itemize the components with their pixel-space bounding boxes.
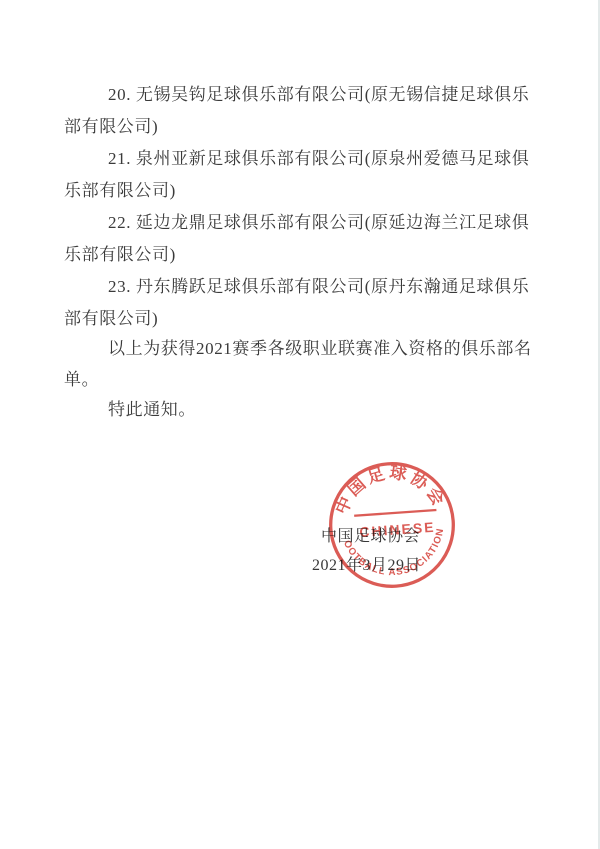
- document-line-item-23-wrap: 部有限公司): [64, 308, 158, 330]
- document-line-item-21-wrap: 乐部有限公司): [64, 180, 176, 202]
- seal-divider-line: [354, 510, 436, 516]
- scanned-notice-page: { "page": { "background": "#ffffff", "in…: [0, 0, 600, 849]
- document-line-summary: 以上为获得2021赛季各级职业联赛准入资格的俱乐部名: [108, 338, 532, 360]
- document-line-item-21: 21. 泉州亚新足球俱乐部有限公司(原泉州爱德马足球俱: [108, 148, 529, 170]
- seal-middle-text: CHINESE: [359, 519, 436, 540]
- document-line-item-22-wrap: 乐部有限公司): [64, 244, 176, 266]
- document-line-item-23: 23. 丹东腾跃足球俱乐部有限公司(原丹东瀚通足球俱乐: [108, 276, 529, 298]
- official-seal-stamp: 中国足球协会 CHINESE FOOTBALL ASSOCIATION: [324, 457, 460, 593]
- document-line-item-22: 22. 延边龙鼎足球俱乐部有限公司(原延边海兰江足球俱: [108, 212, 529, 234]
- document-line-closing: 特此通知。: [108, 399, 196, 421]
- document-line-summary-wrap: 单。: [64, 369, 99, 391]
- official-seal-svg: 中国足球协会 CHINESE FOOTBALL ASSOCIATION: [324, 457, 460, 593]
- document-line-item-20: 20. 无锡吴钩足球俱乐部有限公司(原无锡信捷足球俱乐: [108, 84, 529, 106]
- document-line-item-20-wrap: 部有限公司): [64, 116, 158, 138]
